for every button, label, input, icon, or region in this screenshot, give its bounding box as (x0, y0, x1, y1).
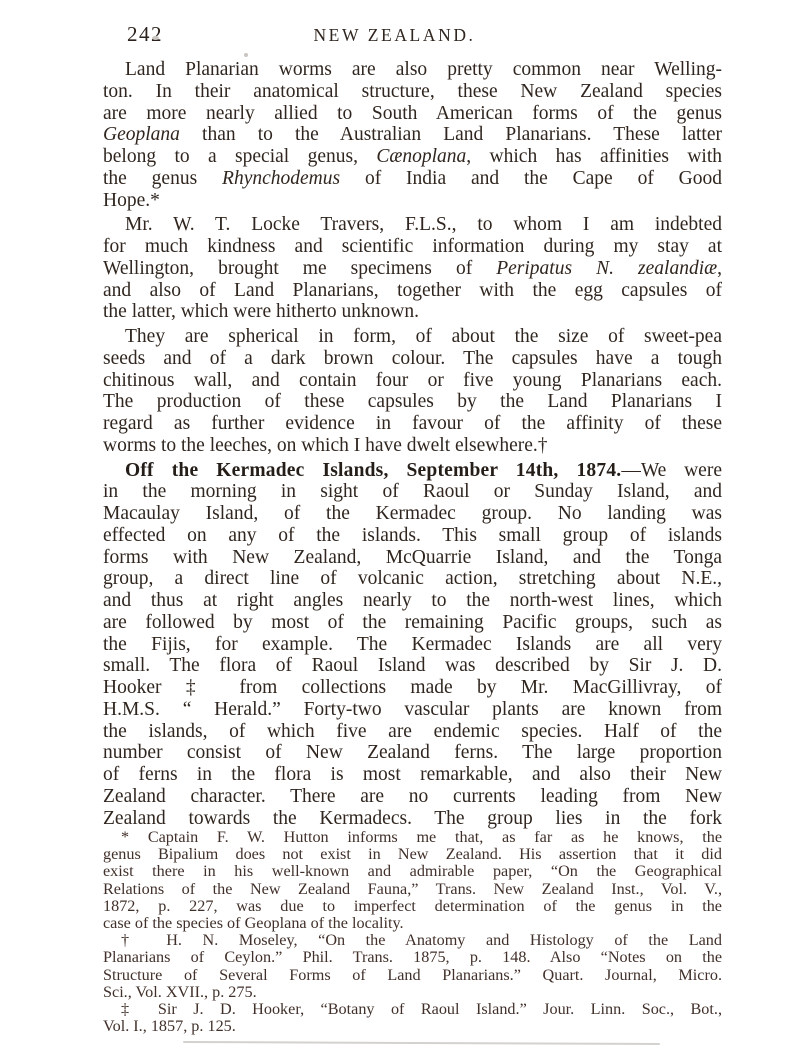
text-line: and thus at right angles nearly to the n… (103, 590, 722, 612)
italic-text: Peripatus N. zealandiæ (496, 258, 717, 279)
bold-heading-text: Off the Kermadec Islands, September 14th… (125, 460, 621, 481)
text-segment: Zealand towards the Kermadecs. The group… (103, 808, 722, 829)
text-line: the islands, of which five are endemic s… (103, 721, 722, 743)
text-segment: than to the Australian Land Planarians. … (180, 124, 722, 145)
text-line: the latter, which were hitherto unknown. (103, 301, 722, 323)
italic-text: Cænoplana (376, 146, 466, 167)
text-line: exist there in his well-known and admira… (103, 863, 722, 880)
text-segment: and thus at right angles nearly to the n… (103, 590, 722, 611)
text-segment: small. The flora of Raoul Island was des… (103, 655, 722, 676)
text-line: Hooker ‡ from collections made by Mr. Ma… (103, 677, 722, 699)
text-segment: The production of these capsules by the … (103, 391, 722, 412)
text-line: Zealand character. There are no currents… (103, 786, 722, 808)
text-line: in the morning in sight of Raoul or Sund… (103, 481, 722, 503)
text-segment: Wellington, brought me specimens of (103, 258, 496, 279)
text-segment: of India and the Cape of Good (340, 168, 722, 189)
text-segment: are followed by most of the remaining Pa… (103, 612, 722, 633)
text-line: the Fijis, for example. The Kermadec Isl… (103, 634, 722, 656)
text-line: are followed by most of the remaining Pa… (103, 612, 722, 634)
scan-speck (244, 53, 248, 57)
text-line: case of the species of Geoplana of the l… (103, 915, 722, 932)
paragraph: Land Planarian worms are also pretty com… (103, 59, 722, 211)
text-line: Hope.* (103, 190, 722, 212)
text-segment: belong to a special genus, (103, 146, 376, 167)
text-line: The production of these capsules by the … (103, 391, 722, 413)
text-segment: number consist of New Zealand ferns. The… (103, 742, 722, 763)
paragraph: * Captain F. W. Hutton informs me that, … (103, 829, 722, 932)
text-line: seeds and of a dark brown colour. The ca… (103, 348, 722, 370)
text-line: genus Bipalium does not exist in New Zea… (103, 846, 722, 863)
body-text: Land Planarian worms are also pretty com… (103, 59, 722, 832)
bottom-scan-rule (183, 1041, 660, 1045)
text-segment: H.M.S. “ Herald.” Forty-two vascular pla… (103, 699, 722, 720)
text-segment: Macaulay Island, of the Kermadec group. … (103, 503, 722, 524)
text-line: * Captain F. W. Hutton informs me that, … (103, 829, 722, 846)
text-line: and also of Land Planarians, together wi… (103, 280, 722, 302)
text-segment: ‡ Sir J. D. Hooker, “Botany of Raoul Isl… (121, 1001, 722, 1018)
scanned-book-page: 242 NEW ZEALAND. Land Planarian worms ar… (0, 0, 800, 1050)
text-line: worms to the leeches, on which I have dw… (103, 435, 722, 457)
text-line: They are spherical in form, of about the… (103, 326, 722, 348)
page-header: 242 NEW ZEALAND. (103, 22, 722, 50)
text-segment: for much kindness and scientific informa… (103, 236, 722, 257)
text-segment: , (717, 258, 722, 279)
text-line: Planarians of Ceylon.” Phil. Trans. 1875… (103, 949, 722, 966)
text-segment: the islands, of which five are endemic s… (103, 721, 722, 742)
text-segment: Hooker ‡ from collections made by Mr. Ma… (103, 677, 722, 698)
text-segment: of ferns in the flora is most remarkable… (103, 764, 722, 785)
text-segment: worms to the leeches, on which I have dw… (103, 435, 548, 456)
text-segment: , which has affinities with (466, 146, 722, 167)
paragraph: ‡ Sir J. D. Hooker, “Botany of Raoul Isl… (103, 1001, 722, 1035)
text-line: small. The flora of Raoul Island was des… (103, 655, 722, 677)
text-line: 1872, p. 227, was due to imperfect deter… (103, 898, 722, 915)
paragraph: Off the Kermadec Islands, September 14th… (103, 460, 722, 830)
text-segment: the latter, which were hitherto unknown. (103, 301, 419, 322)
text-segment: Hope.* (103, 190, 160, 211)
text-line: Geoplana than to the Australian Land Pla… (103, 124, 722, 146)
text-line: Off the Kermadec Islands, September 14th… (103, 460, 722, 482)
text-segment: Structure of Several Forms of Land Plana… (103, 967, 722, 984)
text-segment: are more nearly allied to South American… (103, 103, 722, 124)
text-segment: forms with New Zealand, McQuarrie Island… (103, 547, 722, 568)
text-segment: —We were (621, 460, 722, 481)
text-segment: the genus (103, 168, 222, 189)
text-segment: Planarians of Ceylon.” Phil. Trans. 1875… (103, 949, 722, 966)
text-line: ton. In their anatomical structure, thes… (103, 81, 722, 103)
paragraph: They are spherical in form, of about the… (103, 326, 722, 457)
scan-speck (152, 36, 159, 40)
italic-text: Geoplana (103, 124, 180, 145)
text-segment: regard as further evidence in favour of … (103, 413, 722, 434)
text-segment: exist there in his well-known and admira… (103, 863, 722, 880)
text-segment: chitinous wall, and contain four or five… (103, 370, 722, 391)
text-line: forms with New Zealand, McQuarrie Island… (103, 547, 722, 569)
text-segment: ton. In their anatomical structure, thes… (103, 81, 722, 102)
running-title: NEW ZEALAND. (103, 25, 686, 46)
text-segment: They are spherical in form, of about the… (125, 326, 722, 347)
text-line: Relations of the New Zealand Fauna,” Tra… (103, 881, 722, 898)
text-segment: Relations of the New Zealand Fauna,” Tra… (103, 881, 722, 898)
text-segment: group, a direct line of volcanic action,… (103, 568, 722, 589)
text-segment: 1872, p. 227, was due to imperfect deter… (103, 898, 722, 915)
italic-text: Rhynchodemus (222, 168, 340, 189)
text-line: Land Planarian worms are also pretty com… (103, 59, 722, 81)
text-line: Structure of Several Forms of Land Plana… (103, 967, 722, 984)
text-line: belong to a special genus, Cænoplana, wh… (103, 146, 722, 168)
text-line: effected on any of the islands. This sma… (103, 525, 722, 547)
text-line: Wellington, brought me specimens of Peri… (103, 258, 722, 280)
text-segment: in the morning in sight of Raoul or Sund… (103, 481, 722, 502)
text-line: chitinous wall, and contain four or five… (103, 370, 722, 392)
paragraph: † H. N. Moseley, “On the Anatomy and His… (103, 932, 722, 1001)
text-line: Macaulay Island, of the Kermadec group. … (103, 503, 722, 525)
text-segment: the Fijis, for example. The Kermadec Isl… (103, 634, 722, 655)
text-line: H.M.S. “ Herald.” Forty-two vascular pla… (103, 699, 722, 721)
paragraph: Mr. W. T. Locke Travers, F.L.S., to whom… (103, 214, 722, 323)
text-line: † H. N. Moseley, “On the Anatomy and His… (103, 932, 722, 949)
text-line: Vol. I., 1857, p. 125. (103, 1018, 722, 1035)
text-segment: and also of Land Planarians, together wi… (103, 280, 722, 301)
text-segment: effected on any of the islands. This sma… (103, 525, 722, 546)
text-segment: Mr. W. T. Locke Travers, F.L.S., to whom… (125, 214, 722, 235)
text-line: for much kindness and scientific informa… (103, 236, 722, 258)
text-line: number consist of New Zealand ferns. The… (103, 742, 722, 764)
text-line: Sci., Vol. XVII., p. 275. (103, 984, 722, 1001)
text-segment: † H. N. Moseley, “On the Anatomy and His… (121, 932, 722, 949)
text-segment: Zealand character. There are no currents… (103, 786, 722, 807)
text-line: of ferns in the flora is most remarkable… (103, 764, 722, 786)
footnotes-section: * Captain F. W. Hutton informs me that, … (103, 829, 722, 1035)
text-segment: case of the species of Geoplana of the l… (103, 915, 404, 932)
text-segment: Vol. I., 1857, p. 125. (103, 1018, 236, 1035)
text-line: the genus Rhynchodemus of India and the … (103, 168, 722, 190)
text-segment: Sci., Vol. XVII., p. 275. (103, 984, 257, 1001)
text-line: ‡ Sir J. D. Hooker, “Botany of Raoul Isl… (103, 1001, 722, 1018)
text-segment: Land Planarian worms are also pretty com… (125, 59, 722, 80)
text-line: group, a direct line of volcanic action,… (103, 568, 722, 590)
text-line: regard as further evidence in favour of … (103, 413, 722, 435)
text-line: Mr. W. T. Locke Travers, F.L.S., to whom… (103, 214, 722, 236)
text-segment: * Captain F. W. Hutton informs me that, … (121, 829, 722, 846)
text-line: Zealand towards the Kermadecs. The group… (103, 808, 722, 830)
text-segment: seeds and of a dark brown colour. The ca… (103, 348, 722, 369)
text-line: are more nearly allied to South American… (103, 103, 722, 125)
text-segment: genus Bipalium does not exist in New Zea… (103, 846, 722, 863)
